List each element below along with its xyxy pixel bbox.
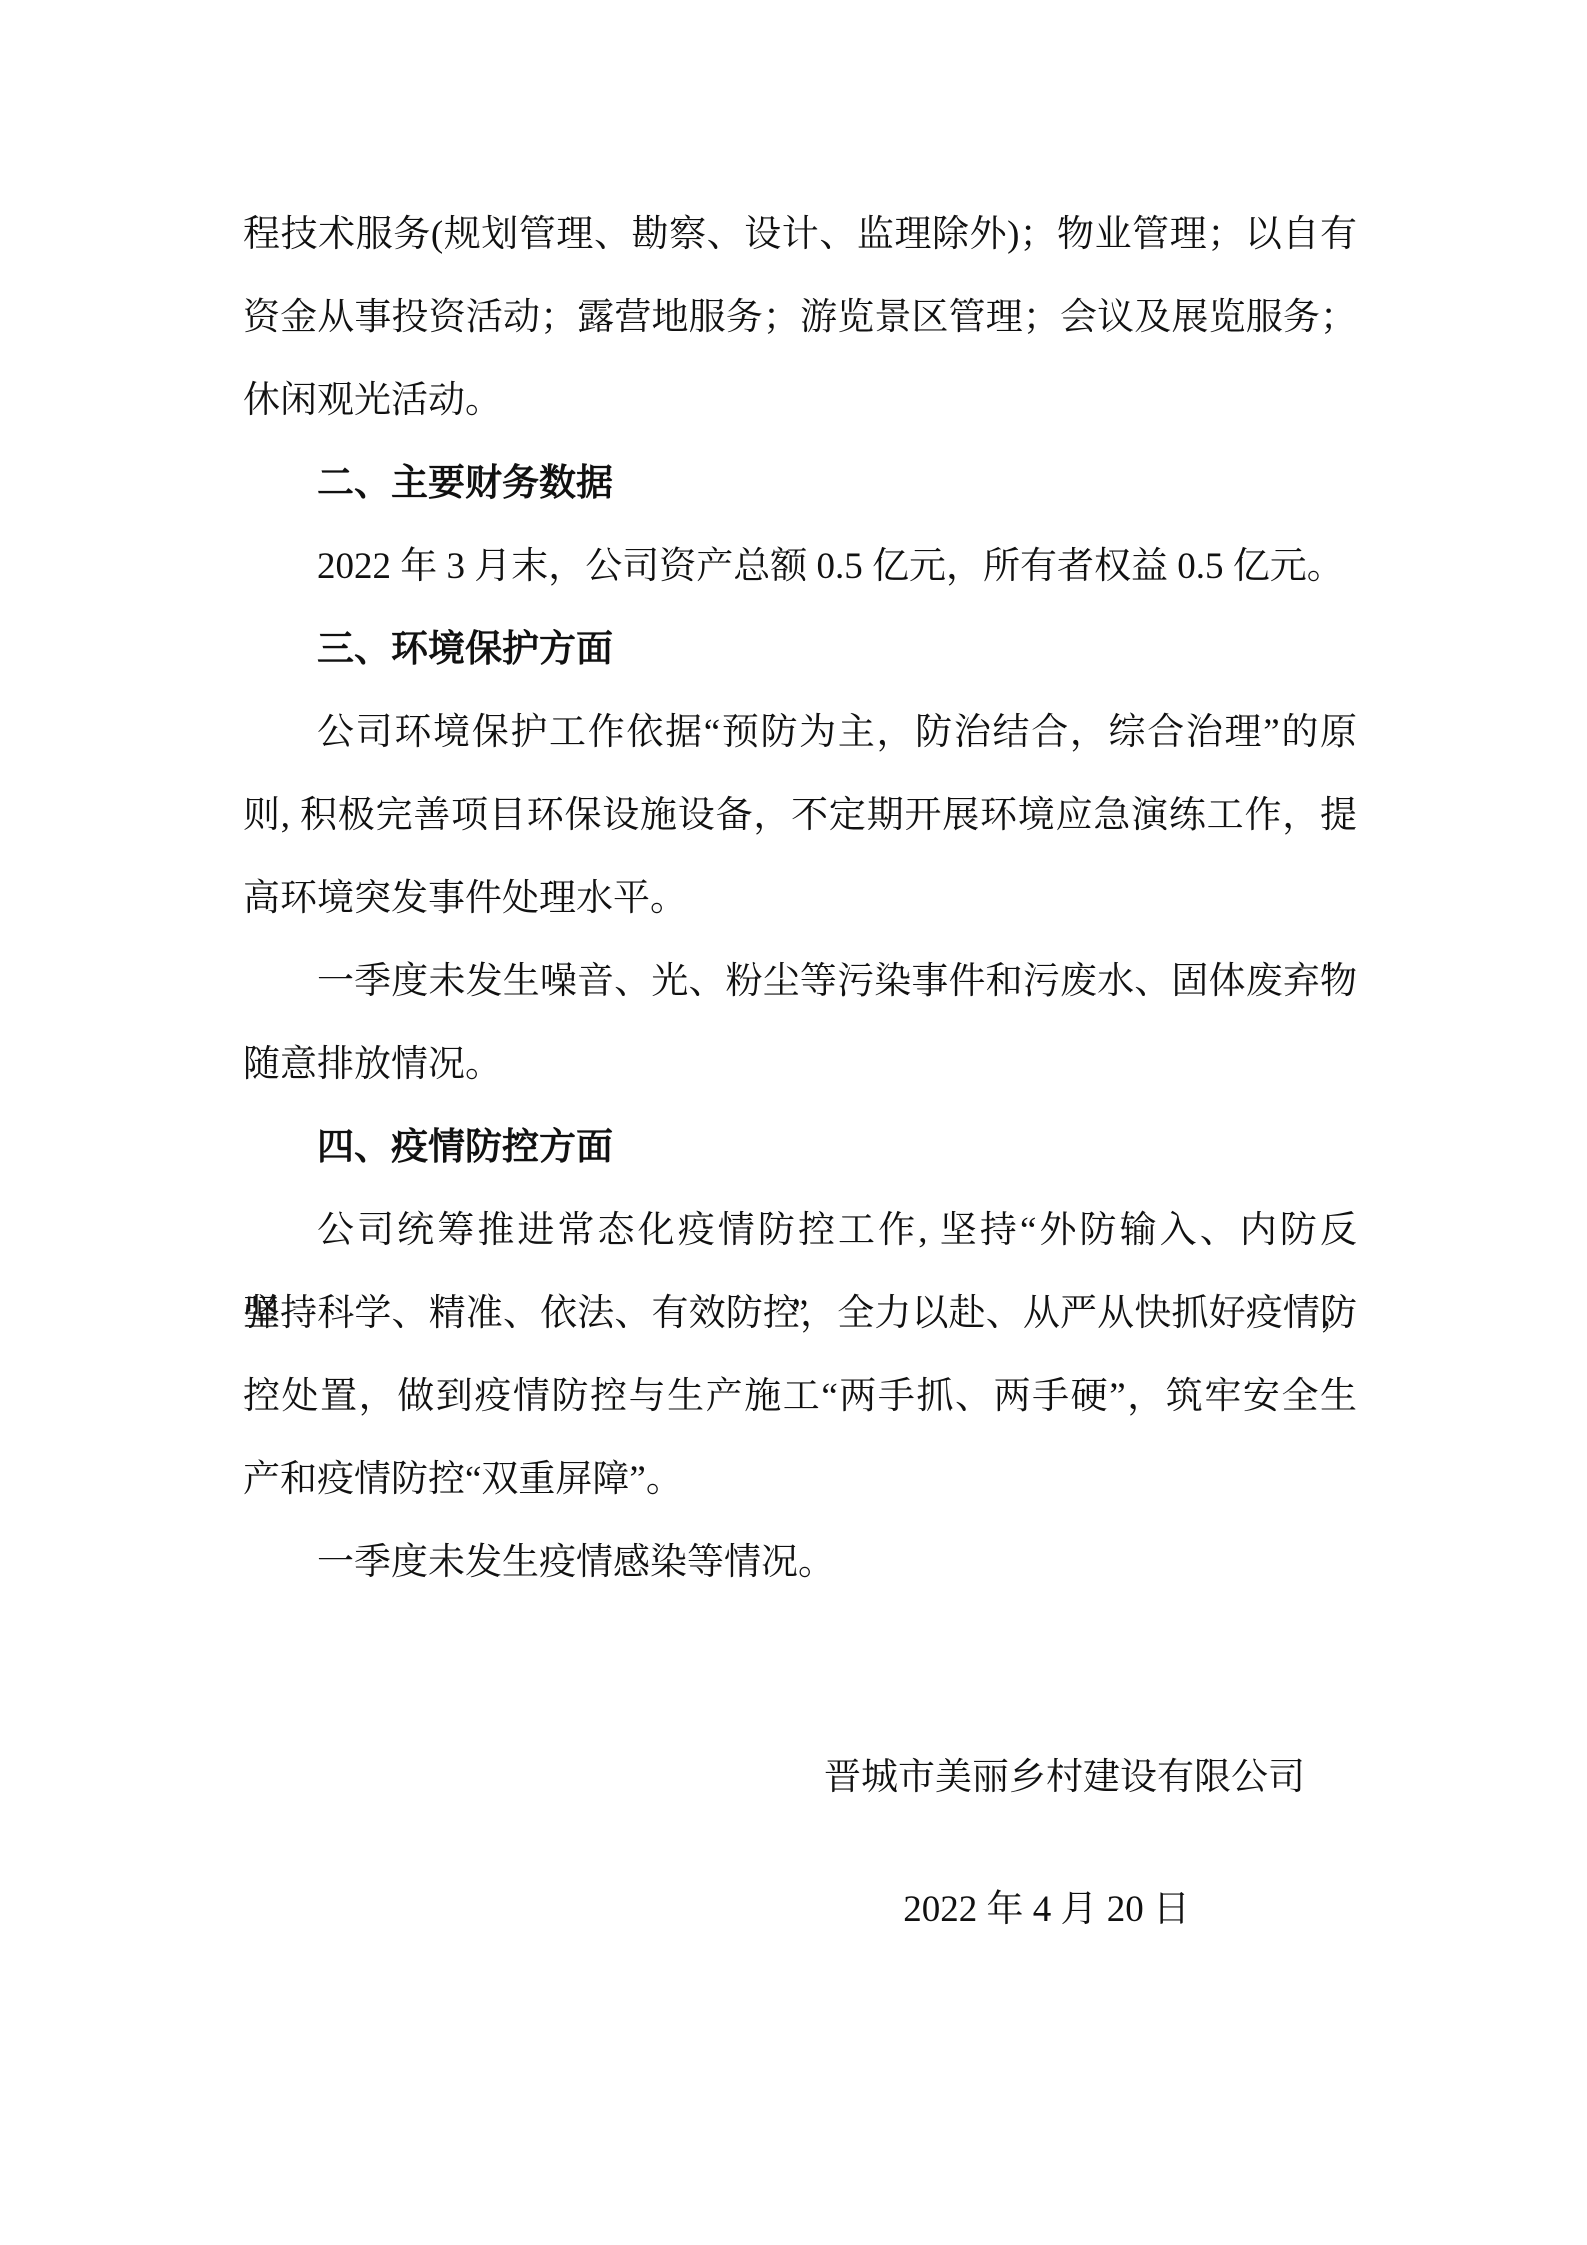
- document-body: 程技术服务(规划管理、勘察、设计、监理除外)；物业管理；以自有 资金从事投资活动…: [243, 193, 1357, 1604]
- document-line: 公司统筹推进常态化疫情防控工作, 坚持“外防输入、内防反弹”，: [243, 1189, 1357, 1272]
- document-page: 程技术服务(规划管理、勘察、设计、监理除外)；物业管理；以自有 资金从事投资活动…: [0, 0, 1587, 2245]
- section-heading-finance: 二、主要财务数据: [243, 442, 1357, 525]
- document-line: 一季度未发生噪音、光、粉尘等污染事件和污废水、固体废弃物: [243, 940, 1357, 1023]
- section-heading-environment: 三、环境保护方面: [243, 608, 1357, 691]
- signature-date: 2022 年 4 月 20 日: [243, 1868, 1357, 1951]
- document-line: 资金从事投资活动；露营地服务；游览景区管理；会议及展览服务；: [243, 276, 1357, 359]
- signature-company: 晋城市美丽乡村建设有限公司: [243, 1736, 1357, 1819]
- document-line: 控处置，做到疫情防控与生产施工“两手抓、两手硬”，筑牢安全生: [243, 1355, 1357, 1438]
- document-line: 2022 年 3 月末，公司资产总额 0.5 亿元，所有者权益 0.5 亿元。: [243, 525, 1357, 608]
- document-line: 产和疫情防控“双重屏障”。: [243, 1438, 1357, 1521]
- document-line: 休闲观光活动。: [243, 359, 1357, 442]
- document-line: 坚持科学、精准、依法、有效防控，全力以赴、从严从快抓好疫情防: [243, 1272, 1357, 1355]
- document-line: 随意排放情况。: [243, 1023, 1357, 1106]
- document-line: 程技术服务(规划管理、勘察、设计、监理除外)；物业管理；以自有: [243, 193, 1357, 276]
- document-line: 则, 积极完善项目环保设施设备，不定期开展环境应急演练工作，提: [243, 774, 1357, 857]
- document-line: 高环境突发事件处理水平。: [243, 857, 1357, 940]
- document-line: 一季度未发生疫情感染等情况。: [243, 1521, 1357, 1604]
- section-heading-epidemic: 四、疫情防控方面: [243, 1106, 1357, 1189]
- document-line: 公司环境保护工作依据“预防为主，防治结合，综合治理”的原: [243, 691, 1357, 774]
